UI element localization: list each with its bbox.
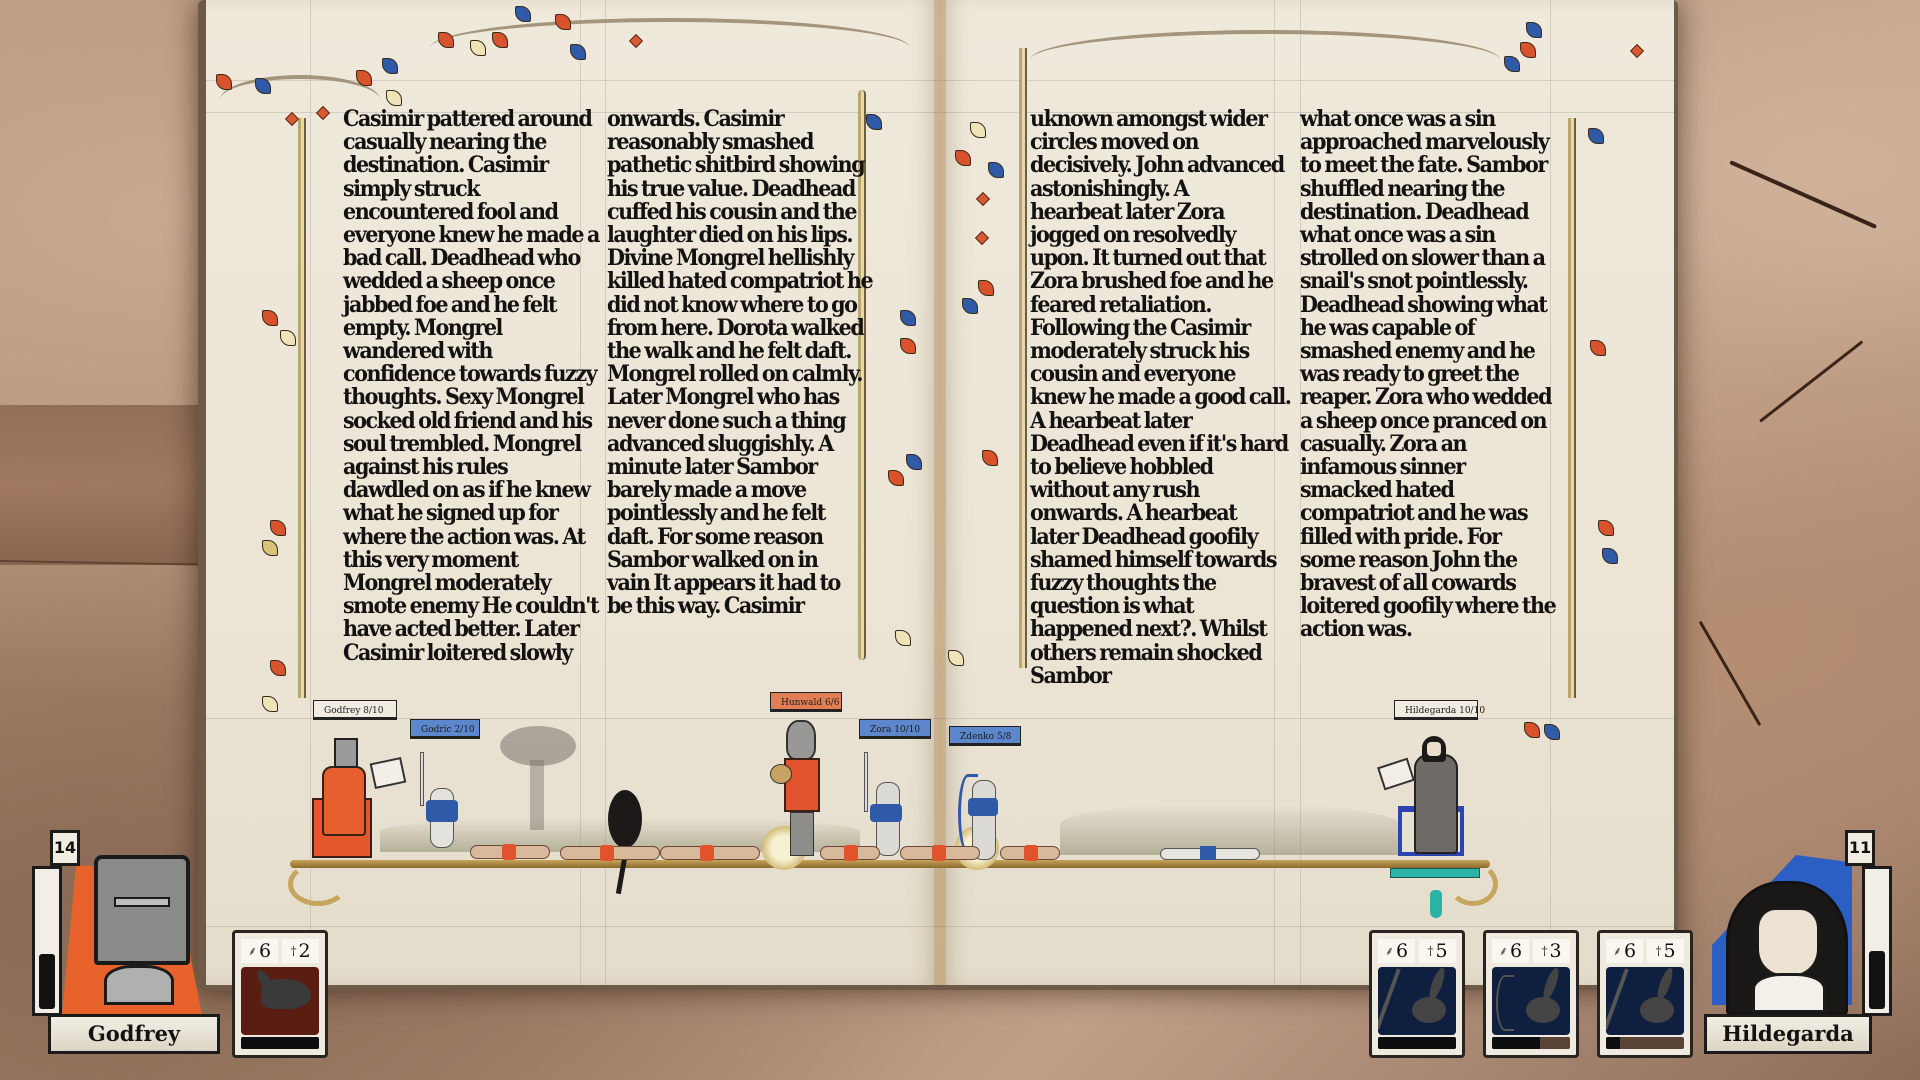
opponent-unit-card[interactable]: ⸙6 †5 [1597, 930, 1693, 1058]
chronicle-line: from here. Dorota walked [607, 317, 872, 340]
chronicle-line: circles moved on [1030, 131, 1291, 154]
card-speed-stat: ⸙6 [241, 939, 278, 963]
attack-value: 5 [1663, 939, 1675, 963]
chronicle-line: happened next?. Whilst [1030, 618, 1291, 641]
lectern-book [370, 757, 407, 789]
fallen-soldier [900, 846, 980, 860]
rabbit-bow-portrait-icon [1492, 967, 1570, 1035]
chronicle-line: onwards. Casimir [607, 108, 872, 131]
chronicle-line: simply struck [343, 178, 599, 201]
chronicle-line: socked old friend and his [343, 410, 599, 433]
rabbit-cloak [870, 804, 902, 822]
chronicle-column-left-2: onwards. Casimirreasonably smashedpathet… [607, 108, 872, 618]
chronicle-line: moderately struck his [1030, 340, 1291, 363]
chronicle-line: he was capable of [1300, 317, 1555, 340]
speed-value: 6 [1624, 939, 1636, 963]
chronicle-line: to believe hobbled [1030, 456, 1291, 479]
chronicle-line: casually nearing the [343, 131, 599, 154]
hildegarda-unit[interactable] [1380, 732, 1470, 862]
chronicle-line: smote enemy He couldn't [343, 595, 599, 618]
unit-label-godfrey[interactable]: Godfrey 8/10 [313, 700, 397, 720]
card-health-bar [1492, 1037, 1570, 1049]
chronicle-line: casually. Zora an [1300, 433, 1555, 456]
chronicle-line: pathetic shitbird showing [607, 154, 872, 177]
chronicle-line: knew he made a good call. [1030, 386, 1291, 409]
chronicle-column-left-1: Casimir pattered aroundcasually nearing … [343, 108, 599, 665]
card-health-bar [1378, 1037, 1456, 1049]
knight-helm [334, 738, 358, 768]
sword-icon: † [1655, 939, 1661, 963]
black-horse [608, 790, 642, 848]
chronicle-line: this very moment [343, 549, 599, 572]
chronicle-line: what once was a sin [1300, 224, 1555, 247]
chronicle-line: Sambor walked on in [607, 549, 872, 572]
rabbit-cloak [426, 800, 458, 822]
fallen-soldier [1000, 846, 1060, 860]
chronicle-line: loitered goofily where the [1300, 595, 1555, 618]
player-count-badge: 14 [50, 830, 80, 866]
knight-helm-icon [94, 855, 190, 965]
ruling-line [206, 926, 1674, 927]
feet-icon: ⸙ [1613, 939, 1622, 963]
chronicle-line: Sambor [1030, 665, 1291, 688]
feet-icon: ⸙ [1385, 939, 1394, 963]
opponent-resource-bar [1862, 866, 1892, 1016]
chronicle-line: hearbeat later Zora [1030, 201, 1291, 224]
opponent-count-badge: 11 [1845, 830, 1875, 866]
card-speed-stat: ⸙6 [1606, 939, 1643, 963]
card-health-bar [241, 1037, 319, 1049]
chronicle-line: the walk and he felt daft. [607, 340, 872, 363]
chronicle-line: what once was a sin [1300, 108, 1555, 131]
battlefield-tree-trunk [530, 760, 544, 830]
knight-body [322, 766, 366, 836]
speed-value: 6 [1510, 939, 1522, 963]
card-speed-stat: ⸙6 [1378, 939, 1415, 963]
chronicle-line: vain It appears it had to [607, 572, 872, 595]
speed-value: 6 [259, 939, 271, 963]
chronicle-line: cousin and everyone [1030, 363, 1291, 386]
chronicle-line: Zora brushed foe and he [1030, 270, 1291, 293]
player-portrait[interactable] [62, 845, 202, 1015]
chronicle-line: others remain shocked [1030, 642, 1291, 665]
chronicle-line: destination. Casimir [343, 154, 599, 177]
chronicle-line: question is what [1030, 595, 1291, 618]
chronicle-line: fuzzy thoughts the [1030, 572, 1291, 595]
unit-label-hildegarda[interactable]: Hildegarda 10/10 [1394, 700, 1478, 720]
chronicle-line: have acted better. Later [343, 618, 599, 641]
right-page-vine-border [1019, 48, 1027, 668]
chronicle-line: reaper. Zora who wedded [1300, 386, 1555, 409]
chronicle-line: his true value. Deadhead [607, 178, 872, 201]
speed-value: 6 [1396, 939, 1408, 963]
player-nameplate: Godfrey [48, 1014, 220, 1054]
card-attack-stat: †3 [1533, 939, 1570, 963]
battlefield-rail [290, 860, 1490, 868]
rabbit-sword-portrait-icon [1378, 967, 1456, 1035]
chronicle-line: Casimir loitered slowly [343, 642, 599, 665]
nun-wimple [1752, 973, 1826, 1013]
sword [420, 752, 424, 806]
godric-unit[interactable] [420, 752, 460, 856]
opponent-portrait[interactable] [1712, 845, 1862, 1015]
opponent-nameplate: Hildegarda [1704, 1014, 1872, 1054]
feet-icon: ⸙ [248, 939, 257, 963]
opponent-resource-fill [1869, 951, 1885, 1009]
card-attack-stat: †5 [1647, 939, 1684, 963]
chronicle-line: upon. It turned out that [1030, 247, 1291, 270]
chronicle-line: bravest of all cowards [1300, 572, 1555, 595]
chronicle-line: was ready to greet the [1300, 363, 1555, 386]
mail-neck [104, 965, 174, 1005]
bagpipe [770, 764, 792, 784]
attack-value: 3 [1549, 939, 1561, 963]
leather-strap [0, 405, 205, 565]
chronicle-line: everyone knew he made a [343, 224, 599, 247]
chronicle-line: shamed himself towards [1030, 549, 1291, 572]
chronicle-line: thoughts. Sexy Mongrel [343, 386, 599, 409]
right-page-outer-vine-border [1568, 118, 1576, 698]
leather-crack [1699, 621, 1762, 726]
opponent-unit-card[interactable]: ⸙6 †3 [1483, 930, 1579, 1058]
hunwald-unit[interactable] [770, 720, 830, 860]
chronicle-line: astonishingly. A [1030, 178, 1291, 201]
chronicle-line: confidence towards fuzzy [343, 363, 599, 386]
chronicle-line: A hearbeat later [1030, 410, 1291, 433]
rabbit-sword-portrait-icon [1606, 967, 1684, 1035]
godfrey-unit[interactable] [312, 736, 404, 860]
unit-label-zora[interactable]: Zora 10/10 [859, 719, 931, 739]
sword-icon: † [1427, 939, 1433, 963]
chronicle-line: a sheep once pranced on [1300, 410, 1555, 433]
card-attack-stat: †5 [1419, 939, 1456, 963]
chronicle-line: laughter died on his lips. [607, 224, 872, 247]
chronicle-line: empty. Mongrel [343, 317, 599, 340]
chronicle-line: uknown amongst wider [1030, 108, 1291, 131]
chronicle-line: infamous sinner [1300, 456, 1555, 479]
chronicle-column-right-2: what once was a sinapproached marvelousl… [1300, 108, 1555, 642]
chronicle-line: reasonably smashed [607, 131, 872, 154]
fallen-soldier [660, 846, 760, 860]
chronicle-line: filled with pride. For [1300, 526, 1555, 549]
lectern-book [1377, 758, 1415, 791]
red-tunic [784, 758, 820, 812]
chronicle-line: be this way. Casimir [607, 595, 872, 618]
chronicle-line: approached marvelously [1300, 131, 1555, 154]
pointing-hand-icon [1430, 890, 1442, 918]
top-vine-scroll [1030, 30, 1500, 90]
chronicle-line: action was. [1300, 618, 1555, 641]
chronicle-line: did not know where to go [607, 294, 872, 317]
sword-icon: † [290, 939, 296, 963]
chronicle-line: destination. Deadhead [1300, 201, 1555, 224]
unit-label-zdenko[interactable]: Zdenko 5/8 [949, 726, 1021, 746]
chronicle-line: Casimir pattered around [343, 108, 599, 131]
chronicle-line: without any rush [1030, 479, 1291, 502]
leather-crack [1729, 160, 1877, 229]
chronicle-line: encountered fool and [343, 201, 599, 224]
chronicle-line: wandered with [343, 340, 599, 363]
fallen-soldier [820, 846, 880, 860]
leather-crack [1759, 340, 1863, 422]
attack-value: 5 [1435, 939, 1447, 963]
fallen-soldier [560, 846, 660, 860]
chronicle-line: jogged on resolvedly [1030, 224, 1291, 247]
chronicle-line: later Deadhead goofily [1030, 526, 1291, 549]
card-attack-stat: †2 [282, 939, 319, 963]
chronicle-line: Mongrel moderately [343, 572, 599, 595]
nun-face [1427, 742, 1441, 756]
chronicle-line: daft. For some reason [607, 526, 872, 549]
fallen-soldier [470, 845, 550, 859]
top-vine-scroll [430, 18, 910, 78]
ruling-line [310, 0, 311, 985]
attack-value: 2 [298, 939, 310, 963]
chronicle-line: bad call. Deadhead who [343, 247, 599, 270]
chronicle-line: where the action was. At [343, 526, 599, 549]
chronicle-line: onwards. A hearbeat [1030, 502, 1291, 525]
chronicle-line: minute later Sambor [607, 456, 872, 479]
player-resource-bar [32, 866, 62, 1016]
chronicle-line: Following the Casimir [1030, 317, 1291, 340]
donkey-legs [790, 812, 814, 856]
chronicle-line: Mongrel rolled on calmly. [607, 363, 872, 386]
chronicle-line: advanced sluggishly. A [607, 433, 872, 456]
card-speed-stat: ⸙6 [1492, 939, 1529, 963]
book-gutter [934, 0, 946, 985]
player-resource-fill [39, 954, 55, 1009]
chronicle-line: jabbed foe and he felt [343, 294, 599, 317]
chronicle-line: compatriot and he was [1300, 502, 1555, 525]
chronicle-line: killed hated compatriot he [607, 270, 872, 293]
chronicle-line: feared retaliation. [1030, 294, 1291, 317]
chronicle-line: snail's snot pointlessly. [1300, 270, 1555, 293]
chronicle-line: dawdled on as if he knew [343, 479, 599, 502]
feet-icon: ⸙ [1499, 939, 1508, 963]
chronicle-line: what he signed up for [343, 502, 599, 525]
chronicle-line: smacked hated [1300, 479, 1555, 502]
unit-label-godric[interactable]: Godric 2/10 [410, 719, 480, 739]
player-unit-card[interactable]: ⸙6 †2 [232, 930, 328, 1058]
chronicle-line: shuffled nearing the [1300, 178, 1555, 201]
donkey-head [786, 720, 816, 760]
chronicle-line: decisively. John advanced [1030, 154, 1291, 177]
card-health-bar [1606, 1037, 1684, 1049]
chronicle-line: pointlessly and he felt [607, 502, 872, 525]
rabbit-cloak [968, 798, 998, 816]
chronicle-line: against his rules [343, 456, 599, 479]
chronicle-line: smashed enemy and he [1300, 340, 1555, 363]
helm-visor [114, 897, 170, 907]
chronicle-column-right-1: uknown amongst widercircles moved ondeci… [1030, 108, 1291, 688]
chronicle-line: never done such a thing [607, 410, 872, 433]
chronicle-line: Deadhead even if it's hard [1030, 433, 1291, 456]
chronicle-line: Later Mongrel who has [607, 386, 872, 409]
chronicle-line: wedded a sheep once [343, 270, 599, 293]
opponent-unit-card[interactable]: ⸙6 †5 [1369, 930, 1465, 1058]
chronicle-line: some reason John the [1300, 549, 1555, 572]
fallen-rabbit-cloak [1200, 846, 1216, 860]
unit-label-hunwald[interactable]: Hunwald 6/6 [770, 692, 842, 712]
sword [864, 752, 868, 812]
chronicle-line: to meet the fate. Sambor [1300, 154, 1555, 177]
nun-robe [1414, 754, 1458, 854]
battlefield-rail-curl [288, 862, 348, 906]
chronicle-line: soul trembled. Mongrel [343, 433, 599, 456]
nun-face-icon [1756, 907, 1820, 977]
zora-unit[interactable] [862, 752, 906, 860]
chronicle-line: cuffed his cousin and the [607, 201, 872, 224]
left-page-vine-border [298, 118, 306, 698]
chronicle-line: Deadhead showing what [1300, 294, 1555, 317]
donkey-portrait-icon [241, 967, 319, 1035]
chronicle-line: barely made a move [607, 479, 872, 502]
chronicle-line: Divine Mongrel hellishly [607, 247, 872, 270]
active-unit-pedestal [1390, 868, 1480, 878]
sword-icon: † [1541, 939, 1547, 963]
chronicle-line: strolled on slower than a [1300, 247, 1555, 270]
